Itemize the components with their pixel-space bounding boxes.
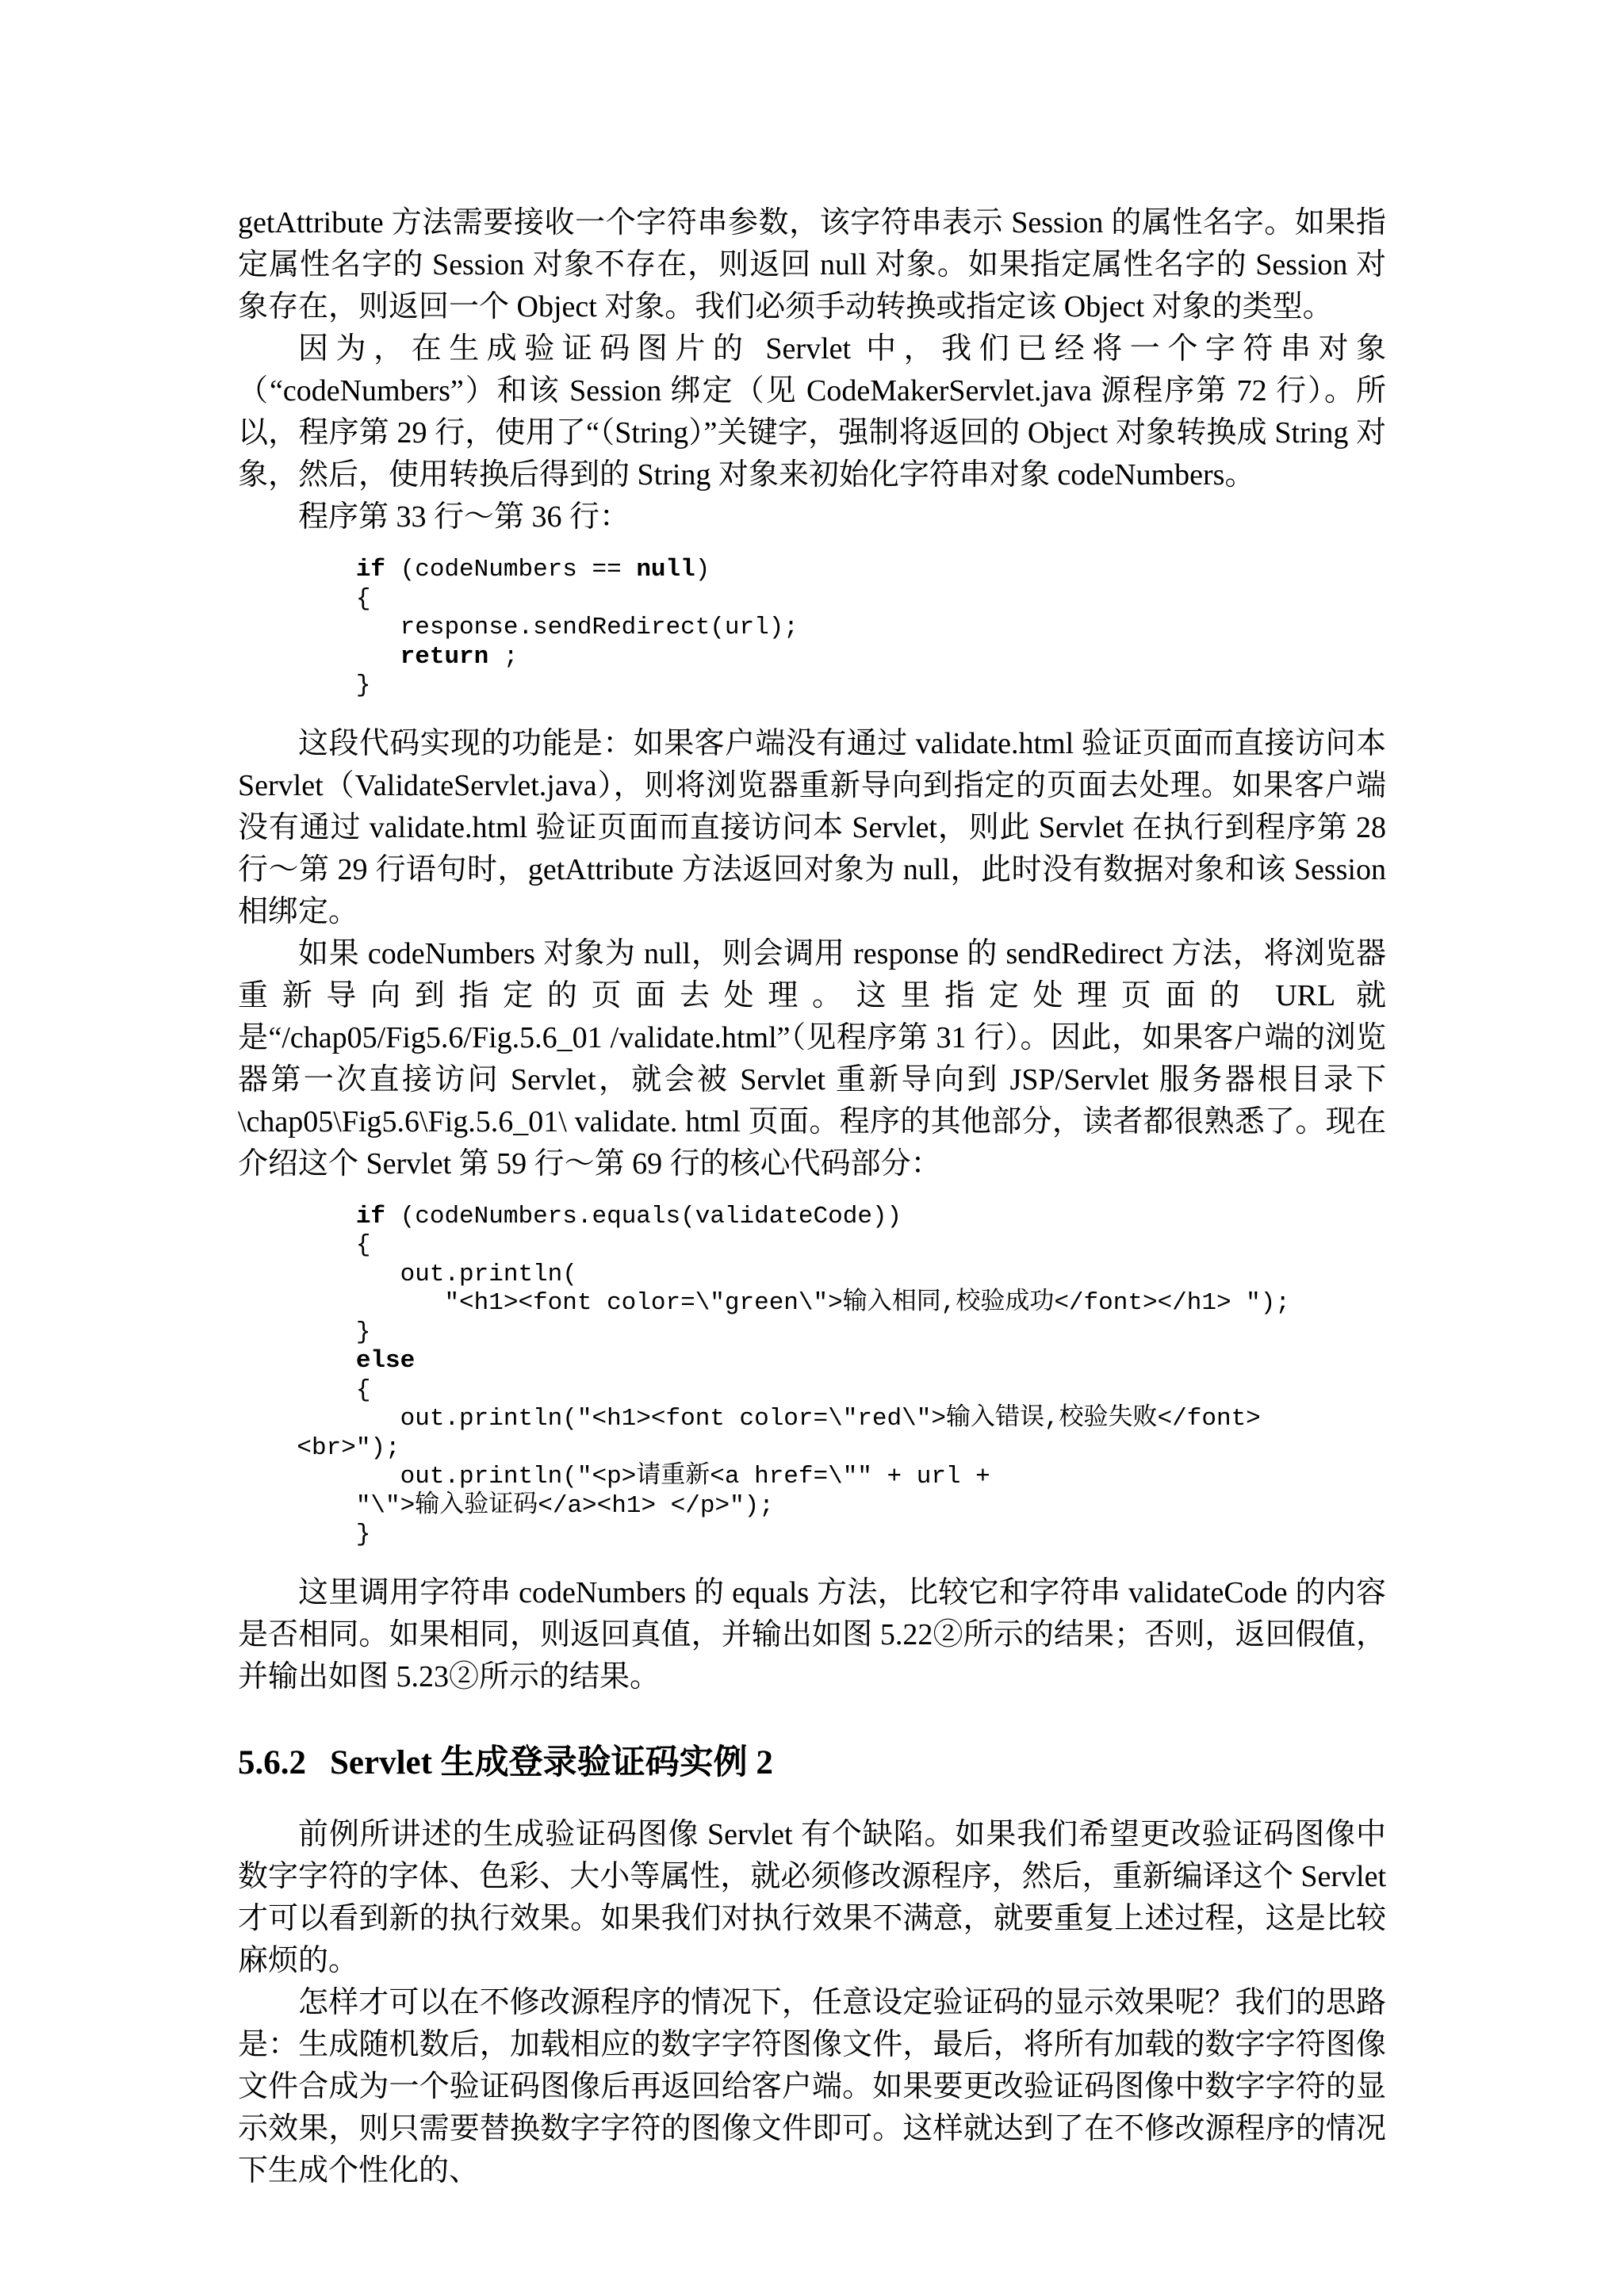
section-number: 5.6.2 xyxy=(238,1744,306,1781)
code-line: out.println("<p>请重新<a href=\"" + url + xyxy=(238,1463,1386,1492)
code-line: return ; xyxy=(238,643,1386,672)
para-getattribute: getAttribute 方法需要接收一个字符串参数，该字符串表示 Sessio… xyxy=(238,202,1386,328)
code-line: "\">输入验证码</a><h1> </p>"); xyxy=(238,1492,1386,1521)
para-equals-compare: 这里调用字符串 codeNumbers 的 equals 方法，比较它和字符串 … xyxy=(238,1572,1386,1698)
para-custom-approach: 怎样才可以在不修改源程序的情况下，任意设定验证码的显示效果呢？我们的思路是：生成… xyxy=(238,1982,1386,2192)
code-line: } xyxy=(238,1521,1386,1550)
para-redirect-url: 如果 codeNumbers 对象为 null，则会调用 response 的 … xyxy=(238,933,1386,1185)
code-block-equals-validate: if (codeNumbers.equals(validateCode)) { … xyxy=(238,1203,1386,1550)
code-line: out.println("<h1><font color=\"red\">输入错… xyxy=(238,1405,1386,1434)
page-content: getAttribute 方法需要接收一个字符串参数，该字符串表示 Sessio… xyxy=(238,202,1386,2192)
code-line: <br>"); xyxy=(238,1434,1386,1464)
code-line: else xyxy=(238,1347,1386,1376)
section-heading: 5.6.2Servlet 生成登录验证码实例 2 xyxy=(238,1744,1386,1782)
code-line: } xyxy=(238,1318,1386,1348)
para-code-function: 这段代码实现的功能是：如果客户端没有通过 validate.html 验证页面而… xyxy=(238,723,1386,933)
para-codenumbers-binding: 因为，在生成验证码图片的 Servlet 中，我们已经将一个字符串对象（“cod… xyxy=(238,328,1386,496)
code-line: out.println( xyxy=(238,1261,1386,1290)
document-page: getAttribute 方法需要接收一个字符串参数，该字符串表示 Sessio… xyxy=(0,0,1624,2296)
section-title: Servlet 生成登录验证码实例 2 xyxy=(330,1744,773,1781)
code-block-if-null: if (codeNumbers == null) { response.send… xyxy=(238,556,1386,701)
code-line: "<h1><font color=\"green\">输入相同,校验成功</fo… xyxy=(238,1289,1386,1318)
para-servlet-defect: 前例所讲述的生成验证码图像 Servlet 有个缺陷。如果我们希望更改验证码图像… xyxy=(238,1814,1386,1982)
code-line: { xyxy=(238,1376,1386,1406)
code-line: { xyxy=(238,585,1386,614)
code-line: { xyxy=(238,1231,1386,1261)
code-line: } xyxy=(238,672,1386,701)
para-lines-33-36: 程序第 33 行～第 36 行： xyxy=(238,496,1386,538)
code-line: if (codeNumbers.equals(validateCode)) xyxy=(238,1203,1386,1232)
code-line: response.sendRedirect(url); xyxy=(238,614,1386,643)
code-line: if (codeNumbers == null) xyxy=(238,556,1386,585)
